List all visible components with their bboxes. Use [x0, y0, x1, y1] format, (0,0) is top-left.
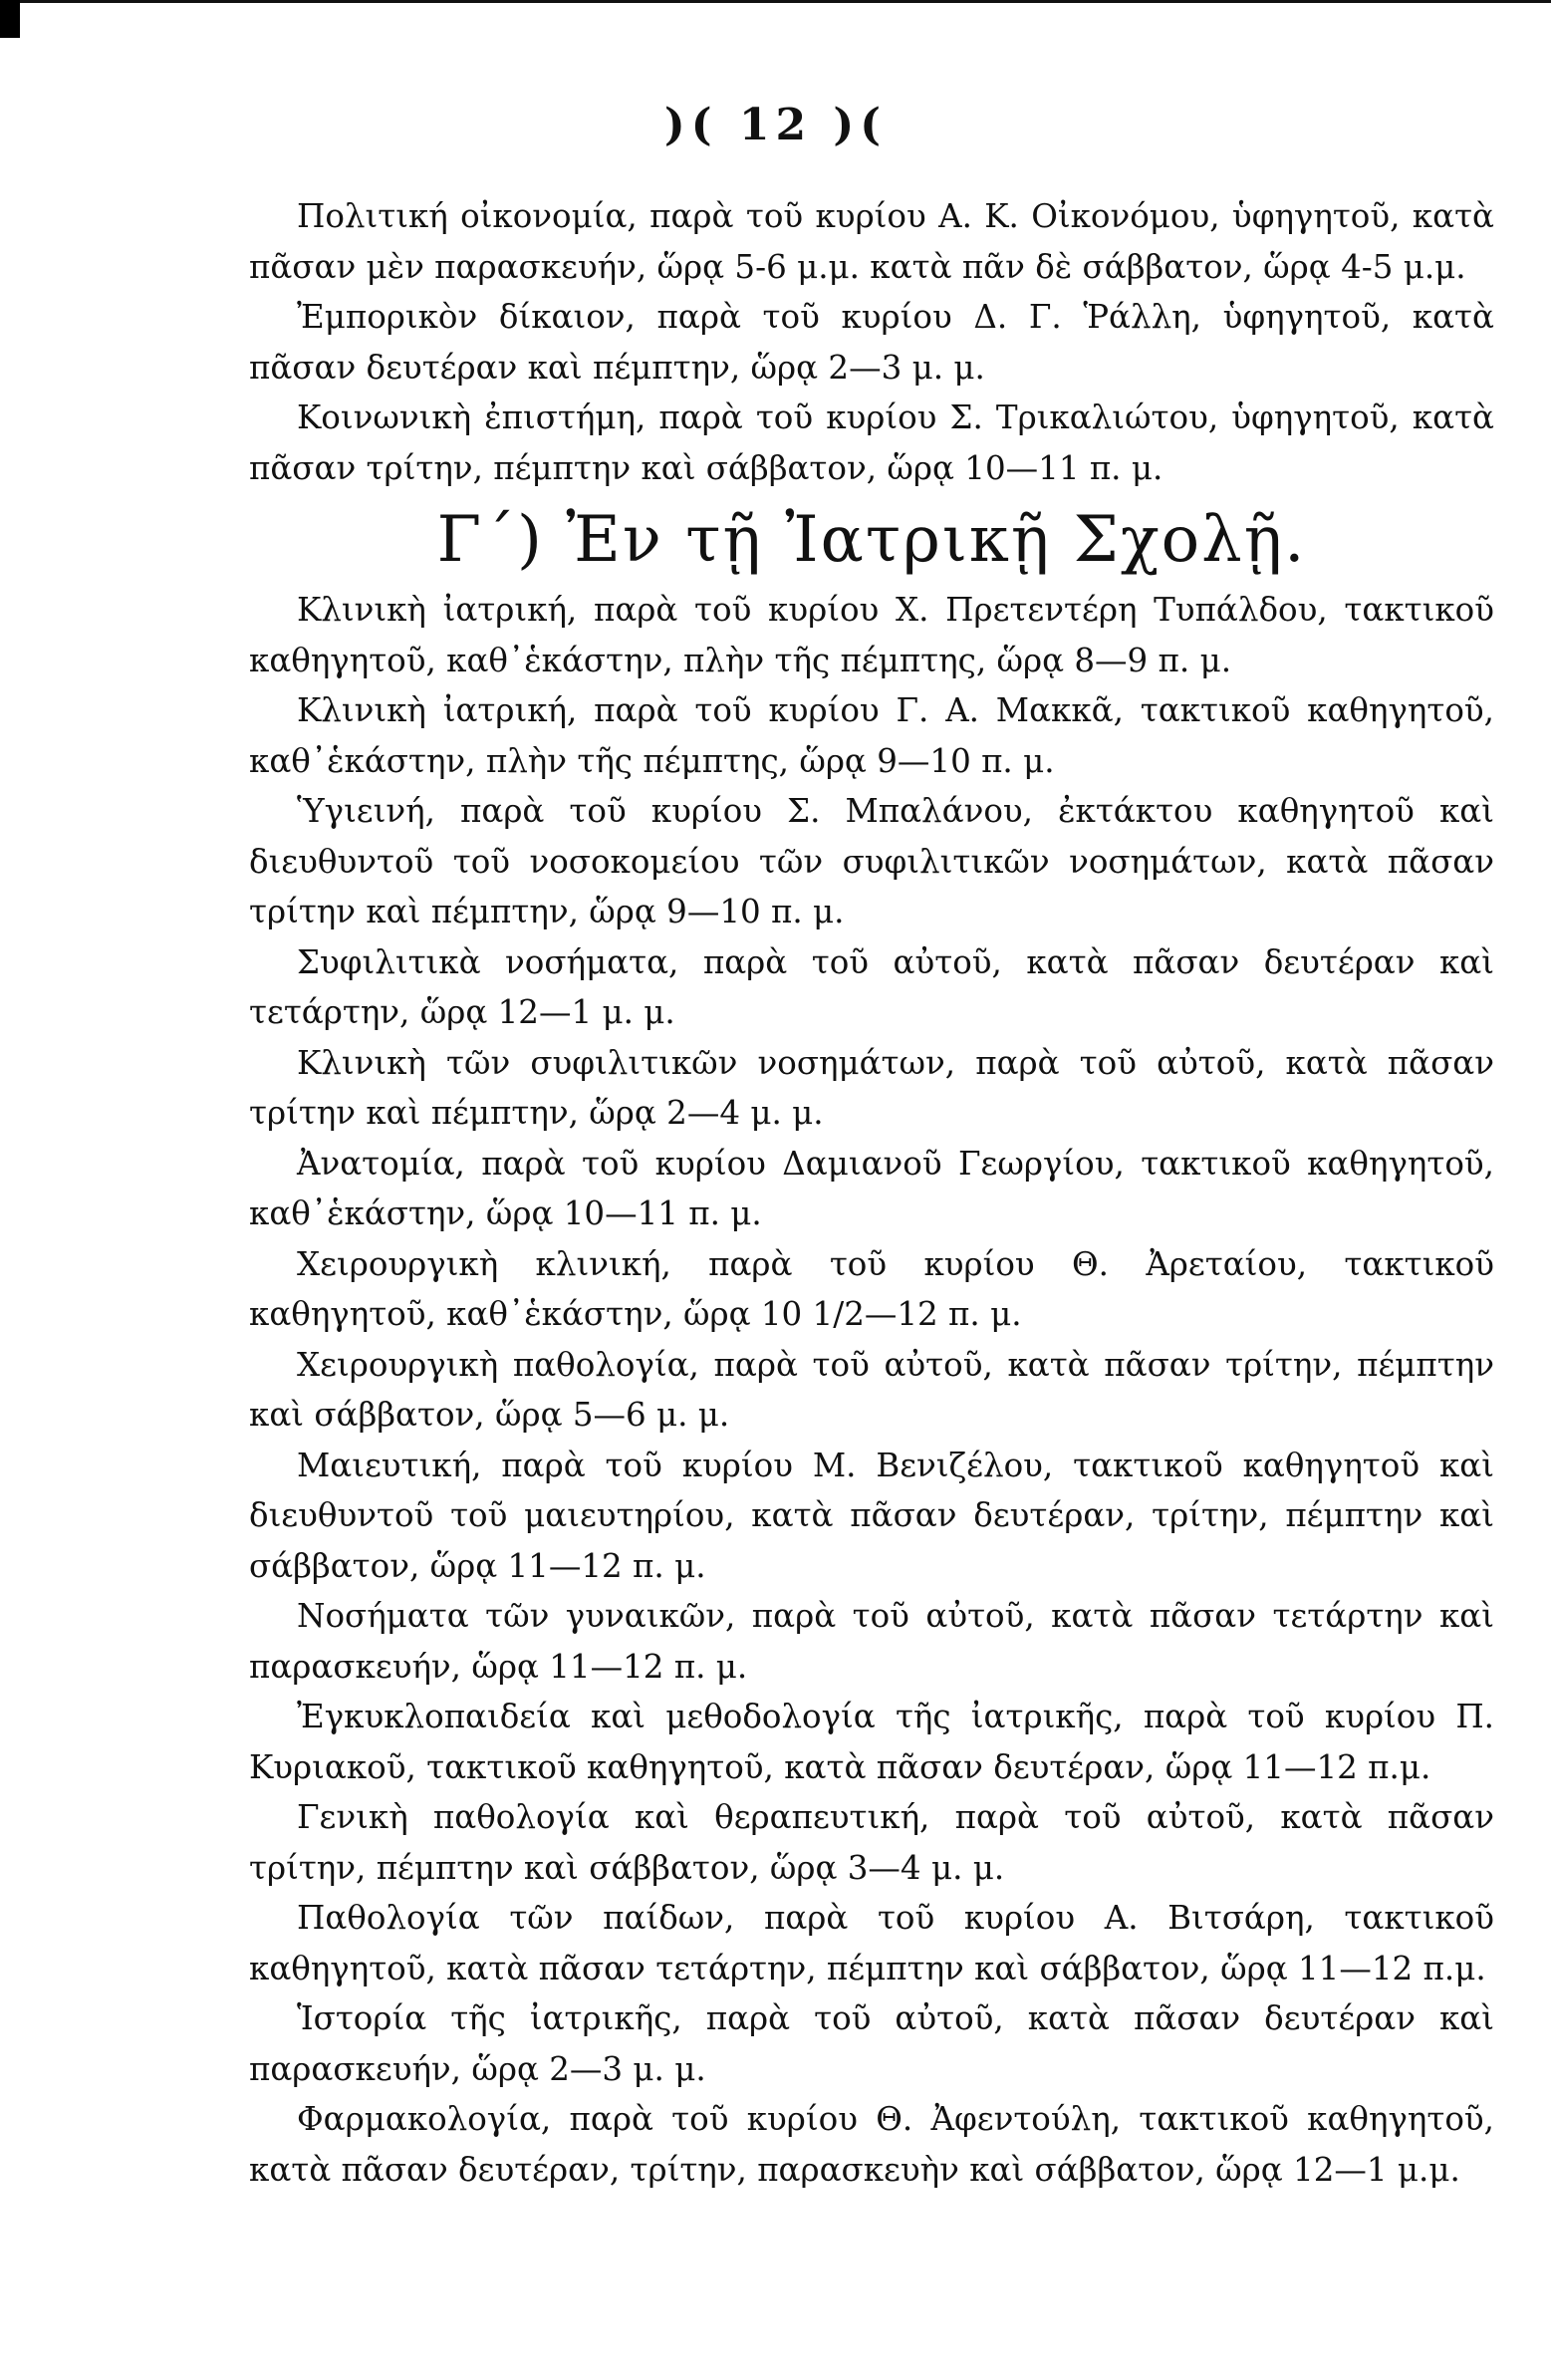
- scan-edge-top: [0, 0, 1551, 3]
- paragraph-anatomy: Ἀνατομία, παρὰ τοῦ κυρίου Δαμιανοῦ Γεωργ…: [249, 1139, 1494, 1239]
- page-number: )( 12 )(: [0, 100, 1551, 150]
- paragraph-syphilis-clinic: Κλινικὴ τῶν συφιλιτικῶν νοσημάτων, παρὰ …: [249, 1038, 1494, 1139]
- paragraph-syphilitic-diseases: Συφιλιτικὰ νοσήματα, παρὰ τοῦ αὐτοῦ, κατ…: [249, 937, 1494, 1038]
- scan-edge-corner: [0, 0, 20, 38]
- paragraph-general-pathology: Γενικὴ παθολογία καὶ θεραπευτική, παρὰ τ…: [249, 1792, 1494, 1893]
- paragraph-surgical-clinic: Χειρουργικὴ κλινική, παρὰ τοῦ κυρίου Θ. …: [249, 1239, 1494, 1340]
- page-body: Πολιτική οἰκονομία, παρὰ τοῦ κυρίου Α. Κ…: [249, 191, 1494, 2195]
- paragraph-political-economy: Πολιτική οἰκονομία, παρὰ τοῦ κυρίου Α. Κ…: [249, 191, 1494, 292]
- paragraph-clinical-medicine-2: Κλινικὴ ἰατρική, παρὰ τοῦ κυρίου Γ. Α. Μ…: [249, 685, 1494, 786]
- paragraph-encyclopedia-methodology: Ἐγκυκλοπαιδεία καὶ μεθοδολογία τῆς ἰατρι…: [249, 1692, 1494, 1792]
- section-heading-medical-school: Γ΄) Ἐν τῇ Ἰατρικῇ Σχολῇ.: [249, 497, 1494, 583]
- paragraph-pediatric-pathology: Παθολογία τῶν παίδων, παρὰ τοῦ κυρίου Α.…: [249, 1893, 1494, 1993]
- paragraph-commercial-law: Ἐμπορικὸν δίκαιον, παρὰ τοῦ κυρίου Δ. Γ.…: [249, 292, 1494, 393]
- paragraph-surgical-pathology: Χειρουργικὴ παθολογία, παρὰ τοῦ αὐτοῦ, κ…: [249, 1340, 1494, 1441]
- paragraph-social-science: Κοινωνικὴ ἐπιστήμη, παρὰ τοῦ κυρίου Σ. Τ…: [249, 393, 1494, 493]
- paragraph-clinical-medicine-1: Κλινικὴ ἰατρική, παρὰ τοῦ κυρίου Χ. Πρετ…: [249, 585, 1494, 685]
- paragraph-hygiene: Ὑγιεινή, παρὰ τοῦ κυρίου Σ. Μπαλάνου, ἐκ…: [249, 786, 1494, 937]
- paragraph-womens-diseases: Νοσήματα τῶν γυναικῶν, παρὰ τοῦ αὐτοῦ, κ…: [249, 1591, 1494, 1692]
- paragraph-history-of-medicine: Ἱστορία τῆς ἰατρικῆς, παρὰ τοῦ αὐτοῦ, κα…: [249, 1993, 1494, 2094]
- paragraph-obstetrics: Μαιευτική, παρὰ τοῦ κυρίου Μ. Βενιζέλου,…: [249, 1441, 1494, 1592]
- paragraph-pharmacology: Φαρμακολογία, παρὰ τοῦ κυρίου Θ. Ἀφεντού…: [249, 2094, 1494, 2195]
